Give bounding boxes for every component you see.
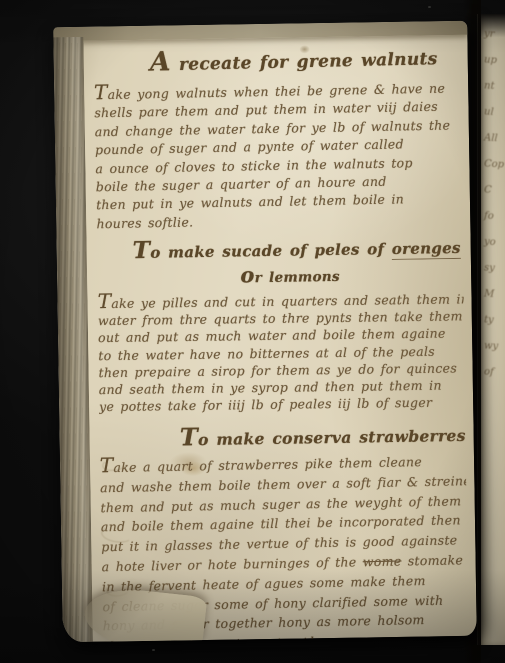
recipe-body-green-walnuts: Take yong walnuts when thei be grene & h…	[94, 76, 463, 233]
facing-page-text-fragment: fo	[484, 210, 505, 222]
line-text: a hote liver or hote burninges of the	[102, 554, 363, 574]
facing-page-text-fragment: M	[484, 288, 505, 300]
dust-speck	[152, 649, 155, 651]
facing-page-text-fragment: nt	[484, 80, 505, 92]
facing-page-text-fragment: up	[484, 54, 505, 66]
recipe-title-conserve-strawberries: To make conserva strawberres	[99, 418, 465, 453]
recipe-body-sucade-peels: Take ye pilles and cut in quarters and s…	[98, 289, 466, 416]
handwritten-text: A receate for grene walnuts Take yong wa…	[94, 41, 470, 642]
facing-page-text-fragment: ul	[484, 106, 505, 118]
title-text: To make sucade of peles of	[133, 240, 392, 262]
facing-page-text-fragment: Cop	[484, 158, 505, 170]
manuscript-line: ye pottes take for iiij lb of peales iij…	[99, 394, 465, 416]
facing-page-text-fragment: of	[484, 366, 505, 378]
facing-page-text-fragment: sy	[484, 262, 505, 274]
manuscript-page: A receate for grene walnuts Take yong wa…	[53, 21, 477, 642]
book-fore-edge	[53, 37, 92, 642]
manuscript-photo: yr up nt ul All Cop C fo yo sy M ty wy o…	[0, 0, 505, 663]
dust-speck	[428, 6, 431, 8]
facing-page-edge: yr up nt ul All Cop C fo yo sy M ty wy o…	[477, 14, 505, 645]
facing-page-text-fragment: All	[484, 132, 505, 144]
facing-page-text-fragment: yr	[484, 28, 505, 40]
page-top-leaf-edges	[53, 21, 467, 42]
facing-page-text-fragment: yo	[484, 236, 505, 248]
recipe-title-green-walnuts: A receate for grene walnuts	[93, 40, 460, 79]
line-text: stomake or	[401, 552, 468, 569]
title-underlined-word: orenges	[392, 239, 461, 260]
facing-page-text-fragment: ty	[484, 314, 505, 326]
struck-word: wome	[363, 553, 402, 569]
facing-page-text-fragment: C	[484, 184, 505, 196]
facing-page-text-fragment: wy	[484, 340, 505, 352]
